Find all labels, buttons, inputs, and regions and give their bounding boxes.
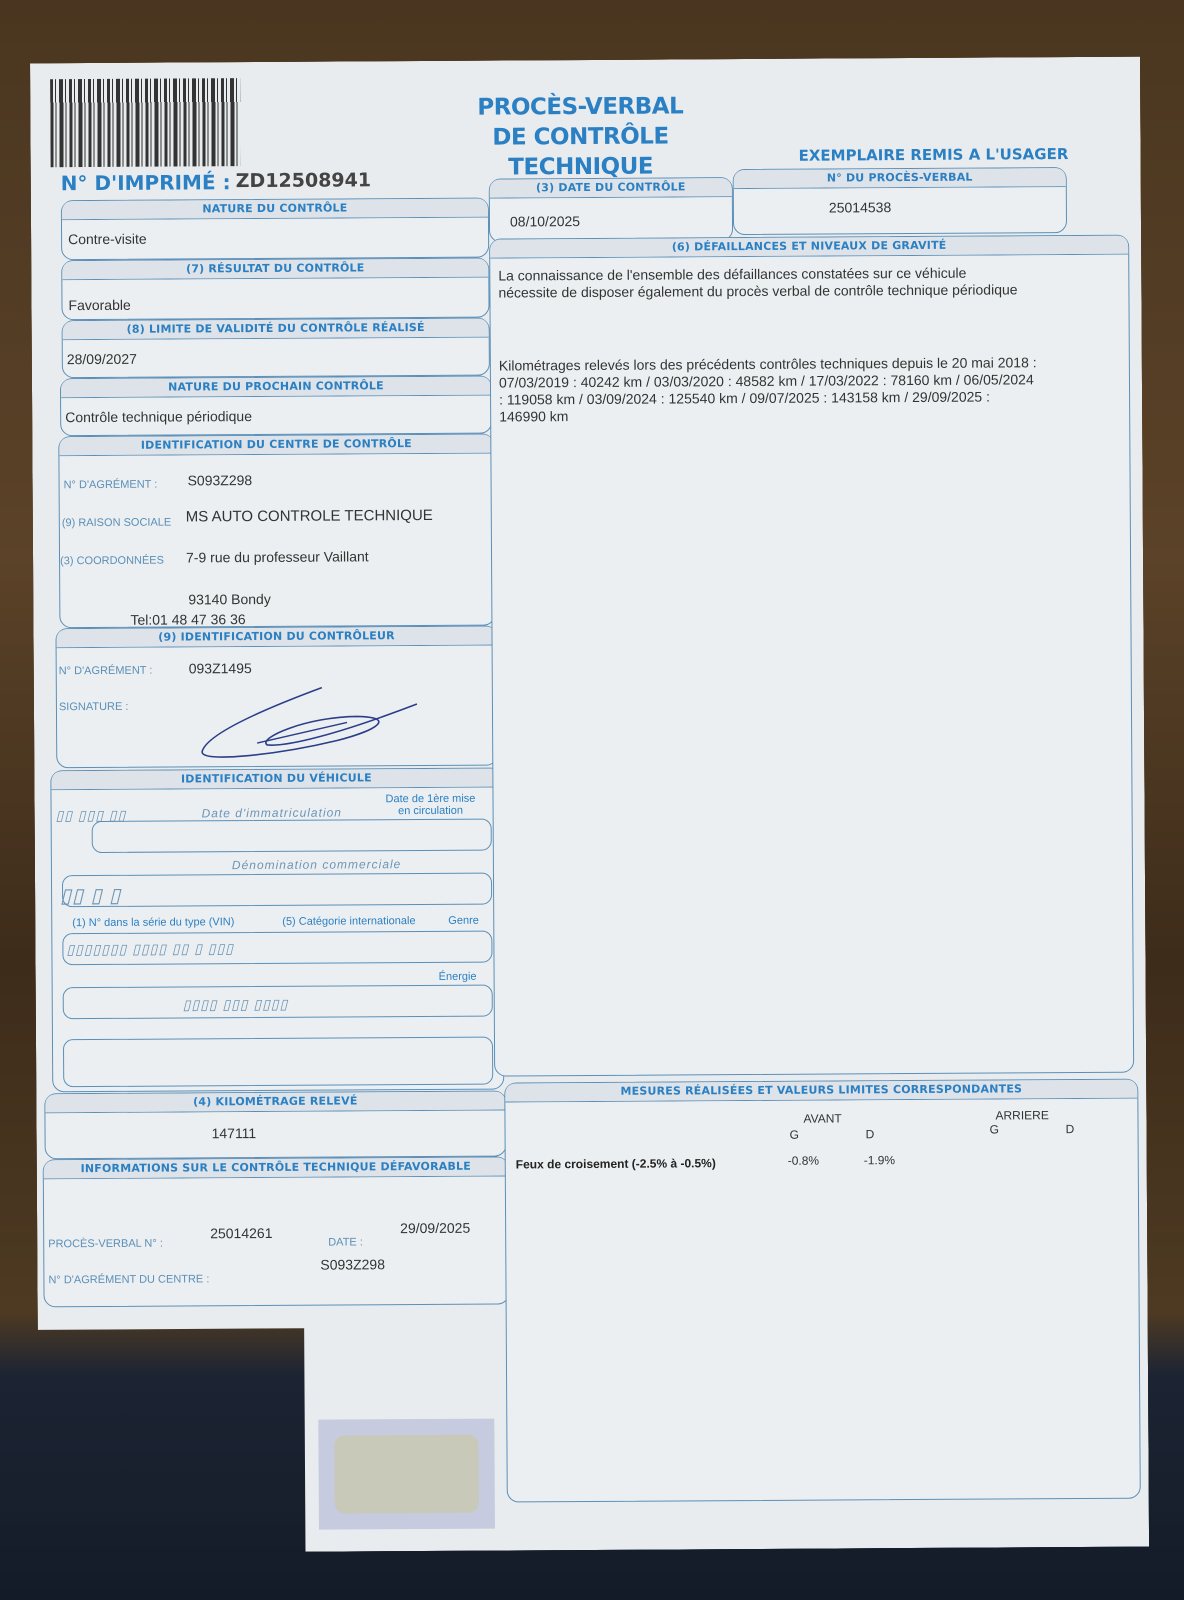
avant-d-value: -1.9% (864, 1153, 895, 1167)
prochain-controle-value: Contrôle technique périodique (65, 408, 252, 425)
resultat-value: Favorable (68, 297, 130, 313)
kilometrage-box: (4) KILOMÉTRAGE RELEVÉ 147111 (44, 1091, 506, 1160)
defavorable-agrement: S093Z298 (320, 1256, 385, 1272)
signature-icon (187, 682, 427, 763)
controleur-box: (9) IDENTIFICATION DU CONTRÔLEUR N° D'AG… (55, 626, 498, 769)
barcode (50, 78, 241, 167)
centre-controle-box: IDENTIFICATION DU CENTRE DE CONTRÔLE N° … (58, 434, 495, 629)
document-title: PROCÈS-VERBAL DE CONTRÔLE TECHNIQUE (430, 91, 731, 183)
energie-field (63, 985, 493, 1020)
mesures-box: MESURES RÉALISÉES ET VALEURS LIMITES COR… (504, 1079, 1141, 1503)
numero-pv-box: N° DU PROCÈS-VERBAL 25014538 (733, 167, 1067, 235)
limite-validite-box: (8) LIMITE DE VALIDITÉ DU CONTRÔLE RÉALI… (62, 318, 490, 379)
date-mise-circulation-label: Date de 1ère mise en circulation (385, 793, 475, 818)
defavorable-box: INFORMATIONS SUR LE CONTRÔLE TECHNIQUE D… (43, 1156, 510, 1307)
imprime-label: N° D'IMPRIMÉ : (61, 170, 231, 195)
centre-city: 93140 Bondy (188, 591, 271, 608)
date-controle-box: (3) DATE DU CONTRÔLE 08/10/2025 (489, 177, 733, 242)
limite-validite-value: 28/09/2027 (67, 351, 137, 367)
defaillances-box: (6) DÉFAILLANCES ET NIVEAUX DE GRAVITÉ L… (489, 235, 1134, 1077)
proces-verbal-document: PROCÈS-VERBAL DE CONTRÔLE TECHNIQUE N° D… (30, 57, 1149, 1554)
security-hologram (318, 1419, 495, 1530)
resultat-box: (7) RÉSULTAT DU CONTRÔLE Favorable (61, 258, 489, 321)
nature-controle-box: NATURE DU CONTRÔLE Contre-visite (61, 198, 489, 261)
kilometrage-value: 147111 (212, 1125, 257, 1141)
centre-address: 7-9 rue du professeur Vaillant (186, 548, 369, 565)
defavorable-date: 29/09/2025 (400, 1220, 470, 1236)
exemplaire-label: EXEMPLAIRE REMIS A L'USAGER (799, 145, 1069, 165)
imprime-number: ZD12508941 (236, 169, 371, 192)
denomination-field (62, 873, 492, 908)
prochain-controle-box: NATURE DU PROCHAIN CONTRÔLE Contrôle tec… (60, 376, 492, 437)
controleur-agrement: 093Z1495 (189, 660, 252, 676)
nature-controle-value: Contre-visite (68, 231, 147, 247)
immatriculation-field (92, 819, 492, 853)
avant-g-value: -0.8% (788, 1154, 819, 1168)
defaillances-notice: La connaissance de l'ensemble des défail… (498, 264, 1018, 301)
kilometrage-history: Kilométrages relevés lors des précédents… (499, 354, 1039, 425)
date-controle-value: 08/10/2025 (510, 213, 580, 229)
centre-tel: Tel:01 48 47 36 36 (130, 611, 245, 628)
centre-raison-sociale: MS AUTO CONTROLE TECHNIQUE (186, 507, 433, 526)
centre-agrement: S093Z298 (188, 472, 253, 488)
defavorable-pv-number: 25014261 (210, 1225, 272, 1241)
numero-pv-value: 25014538 (829, 199, 891, 215)
vehicule-extra-field (63, 1037, 493, 1088)
vehicule-box: IDENTIFICATION DU VÉHICULE Date de 1ère … (50, 768, 504, 1093)
vin-field (62, 931, 492, 966)
